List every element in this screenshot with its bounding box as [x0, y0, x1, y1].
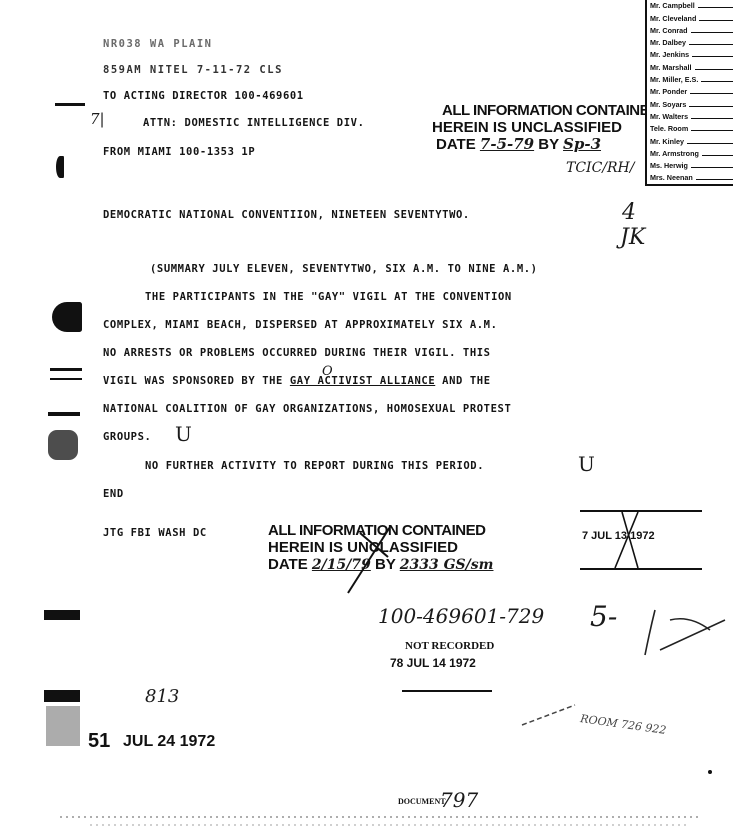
routing-slip-line: [690, 93, 733, 94]
routing-slip-name: Mr. Jenkins: [650, 50, 689, 59]
routing-slip-entry: Mr. Conrad: [647, 23, 733, 35]
routing-slip-entry: Mr. Ponder: [647, 84, 733, 96]
routing-slip-entry: Mr. Kinley: [647, 133, 733, 145]
routing-slip-entry: Mr. Walters: [647, 109, 733, 121]
not-recorded-stamp: NOT RECORDED: [405, 640, 494, 652]
routing-slip-entry: Mr. Dalbey: [647, 35, 733, 47]
routing-slip-name: Tele. Room: [650, 124, 688, 133]
cross-out-mark: [340, 525, 400, 595]
scan-noise: [60, 816, 700, 818]
room-note-dash: [520, 700, 580, 730]
declass-stamp-top: ALL INFORMATION CONTAINED HEREIN IS UNCL…: [442, 102, 659, 153]
filed-number-stamp: 51: [88, 730, 110, 753]
routing-slip-name: Ms. Herwig: [650, 161, 688, 170]
handwritten-813: 813: [145, 686, 179, 707]
routing-slip-entry: Mr. Campbell: [647, 0, 733, 10]
routing-slip-line: [691, 167, 733, 168]
routing-slip-line: [701, 81, 733, 82]
body-line-4-suffix: AND THE: [435, 375, 490, 387]
routing-slip-entry: Mr. Marshall: [647, 59, 733, 71]
routing-slip-line: [699, 20, 733, 21]
subject-line: DEMOCRATIC NATIONAL CONVENTIION, NINETEE…: [103, 209, 470, 221]
routing-slip-name: Mr. Campbell: [650, 1, 695, 10]
summary-line: (SUMMARY JULY ELEVEN, SEVENTYTWO, SIX A.…: [150, 263, 538, 275]
circle-mark: O: [322, 364, 333, 379]
body-paragraph-2: NO FURTHER ACTIVITY TO REPORT DURING THI…: [145, 460, 484, 472]
routing-slip-name: Mr. Ponder: [650, 87, 687, 96]
routing-slip-line: [687, 143, 733, 144]
routing-slip-entry: Mr. Jenkins: [647, 47, 733, 59]
handwritten-file-number: 100-469601-729: [378, 604, 544, 628]
handwritten-u1: U: [175, 422, 192, 446]
routing-slip-entry: Mr. Cleveland: [647, 10, 733, 22]
declass-date-label: DATE: [436, 136, 476, 153]
routing-slip-name: Mr. Miller, E.S.: [650, 75, 698, 84]
received-cross-mark: [610, 510, 650, 570]
declass-bottom-by-value: 2333 GS/sm: [400, 557, 494, 573]
routing-slip-name: Mr. Armstrong: [650, 149, 699, 158]
routing-slip-line: [691, 32, 733, 33]
routing-slip-line: [698, 7, 733, 8]
declass-initials: TCIC/RH/: [566, 160, 634, 176]
routing-slip-name: Mrs. Neenan: [650, 173, 693, 182]
document-number: 797: [440, 788, 478, 812]
handwritten-number-5: 5-: [590, 600, 617, 633]
declass-date-row: DATE 7-5-79 BY Sp-3: [436, 136, 659, 153]
header-to: TO ACTING DIRECTOR 100-469601: [103, 90, 304, 102]
margin-dash: [55, 103, 85, 106]
dot: [708, 770, 712, 774]
margin-blot: [46, 706, 80, 746]
header-line-1: NR038 WA PLAIN: [103, 38, 213, 50]
attn-mark: 7|: [90, 110, 105, 128]
routing-slip-name: Mr. Cleveland: [650, 14, 696, 23]
body-line-6: GROUPS.: [103, 431, 151, 443]
margin-dash: [50, 368, 82, 371]
routing-slip-line: [691, 130, 733, 131]
routing-slip-entry: Tele. Room: [647, 121, 733, 133]
body-line-1: THE PARTICIPANTS IN THE "GAY" VIGIL AT T…: [145, 291, 512, 303]
routing-slip-entry: Mrs. Neenan: [647, 170, 733, 182]
declass-line-1: ALL INFORMATION CONTAINED: [442, 102, 659, 119]
handwritten-u2: U: [578, 452, 595, 476]
handwritten-scribble: [640, 600, 730, 660]
body-line-5: NATIONAL COALITION OF GAY ORGANIZATIONS,…: [103, 403, 511, 415]
routing-slip-line: [691, 118, 733, 119]
routing-slip-line: [689, 44, 733, 45]
routing-slip-line: [702, 155, 733, 156]
declass-by-value: Sp-3: [563, 135, 601, 153]
routing-slip-name: Mr. Kinley: [650, 137, 684, 146]
routing-slip: Mr. CampbellMr. ClevelandMr. ConradMr. D…: [645, 0, 733, 186]
declass-date-value: 7-5-79: [480, 135, 534, 153]
routing-slip-line: [689, 106, 733, 107]
routing-slip-line: [696, 179, 733, 180]
routing-slip-name: Mr. Marshall: [650, 63, 692, 72]
body-line-4-prefix: VIGIL WAS SPONSORED BY THE: [103, 375, 290, 387]
routing-slip-line: [695, 69, 733, 70]
margin-blot: [44, 610, 80, 620]
routing-slip-name: Mr. Conrad: [650, 26, 688, 35]
routing-slip-entry: Ms. Herwig: [647, 158, 733, 170]
sign-off: JTG FBI WASH DC: [103, 527, 207, 539]
declass-bottom-date-label: DATE: [268, 556, 308, 573]
document-label: DOCUMENT: [398, 797, 446, 806]
routing-slip-entry: Mr. Miller, E.S.: [647, 72, 733, 84]
stamp-rule: [402, 690, 492, 692]
routing-slip-name: Mr. Walters: [650, 112, 688, 121]
room-note: ROOM 726 922: [580, 712, 668, 737]
filed-date-stamp: JUL 24 1972: [123, 733, 215, 751]
margin-blot: [48, 412, 80, 416]
handwritten-initials: JK: [620, 225, 645, 250]
body-line-3: NO ARRESTS OR PROBLEMS OCCURRED DURING T…: [103, 347, 491, 359]
end-line: END: [103, 488, 124, 500]
declass-by-label: BY: [538, 136, 559, 153]
routing-slip-line: [692, 56, 733, 57]
margin-blot: [52, 302, 82, 332]
header-attn: ATTN: DOMESTIC INTELLIGENCE DIV.: [143, 117, 365, 129]
recorded-date-stamp: 78 JUL 14 1972: [390, 656, 476, 670]
routing-slip-name: Mr. Soyars: [650, 100, 686, 109]
scan-noise: [90, 824, 690, 826]
routing-slip-name: Mr. Dalbey: [650, 38, 686, 47]
header-line-2: 859AM NITEL 7-11-72 CLS: [103, 64, 283, 76]
routing-slip-entry: Mr. Armstrong: [647, 146, 733, 158]
handwritten-4: 4: [622, 200, 636, 225]
declass-line-2: HEREIN IS UNCLASSIFIED: [432, 119, 659, 136]
routing-slip-entry: Mr. Soyars: [647, 96, 733, 108]
body-line-2: COMPLEX, MIAMI BEACH, DISPERSED AT APPRO…: [103, 319, 498, 331]
body-line-4: VIGIL WAS SPONSORED BY THE GAY ACTIVIST …: [103, 375, 491, 387]
header-from: FROM MIAMI 100-1353 1P: [103, 146, 255, 158]
margin-blot: [56, 156, 64, 178]
margin-blot: [48, 430, 78, 460]
organization-name: GAY ACTIVIST ALLIANCE: [290, 375, 435, 387]
margin-blot: [44, 690, 80, 702]
margin-dash: [50, 378, 82, 380]
